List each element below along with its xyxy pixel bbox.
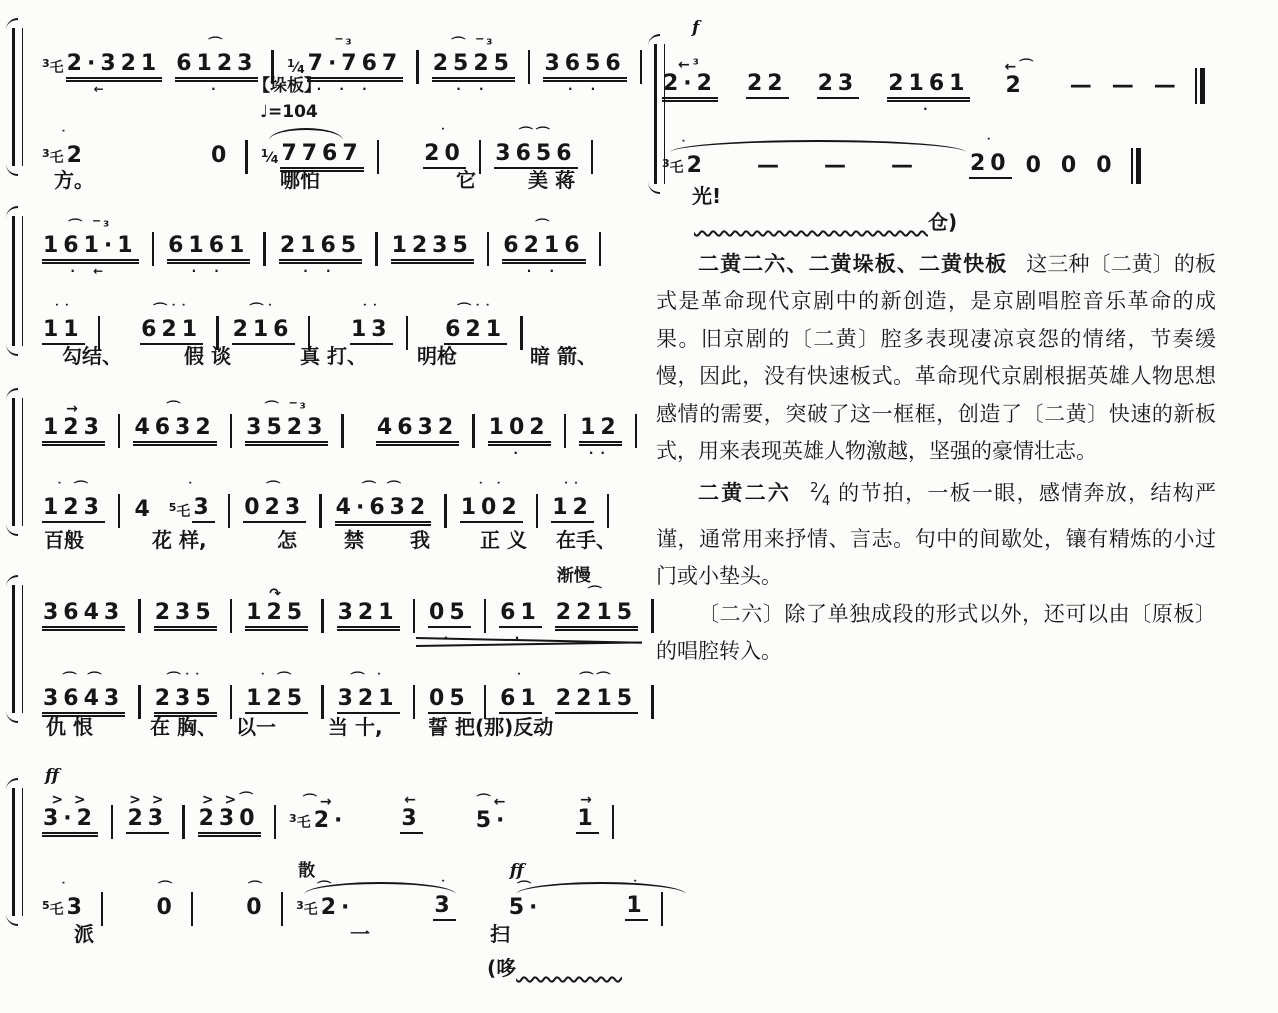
note-digits: 2· — [313, 810, 349, 834]
note-digits: 125 — [245, 688, 308, 714]
measure: 0 — [1060, 155, 1082, 179]
note-digits: 3656 — [494, 143, 577, 169]
ornament-marks: ⌒ — [502, 220, 585, 234]
tempo-dynamic-label: 渐慢 — [557, 568, 591, 585]
lyric-token: 暗 箭、 — [530, 346, 597, 366]
system-brace — [12, 585, 23, 713]
time-signature-fraction: 2⁄4 — [810, 481, 830, 505]
measure: > >3·2 — [42, 808, 98, 834]
note-digits: 2· — [320, 897, 356, 921]
spacer — [802, 98, 804, 99]
measure: 102 · — [488, 417, 551, 443]
grace-ornament: 3乇 — [296, 903, 318, 921]
ornament-marks: > >⌒ — [198, 793, 261, 807]
barline — [599, 232, 602, 266]
barline — [377, 140, 380, 174]
measure: ⌒ ˙321 — [337, 688, 400, 714]
voice-line: ⌒ ⌒3643⌒˙˙235˙ ⌒125⌒ ˙32105 ˙61 ⌒⌒2215 — [42, 685, 654, 714]
note-digits: 2 — [686, 155, 708, 179]
spacer — [731, 98, 733, 99]
ornament-marks: ˙ — [625, 880, 647, 894]
barline — [230, 599, 233, 633]
barline — [520, 316, 523, 350]
note-digits: 1 — [576, 808, 598, 834]
octave-dots: · · — [543, 83, 626, 95]
ornament-marks: ⌒ — [133, 402, 216, 416]
note-digits: 102 — [488, 417, 551, 443]
barline — [413, 685, 416, 719]
barline — [281, 892, 284, 926]
measure: ⌒˙ 216 — [232, 319, 295, 345]
measure: 05 · — [428, 602, 471, 628]
lyric-token: 在手、 — [556, 530, 616, 550]
note-digits: 23 — [817, 73, 860, 99]
spacer — [368, 920, 420, 921]
measure: 3643 — [42, 602, 125, 628]
barline — [118, 494, 121, 528]
octave-dots: · — [887, 103, 970, 115]
spacer — [1040, 98, 1056, 99]
wavy-prefix: (哆 — [487, 956, 516, 980]
lyric-token: 真 打、 — [300, 346, 367, 366]
spacer — [357, 442, 363, 443]
lyric-token: 扫 — [490, 924, 510, 944]
ornament-marks: ←³ — [662, 58, 718, 72]
note-digits: 3 — [400, 808, 422, 834]
scanned-score-page: { "page": {"background": "#fcfcfa", "ink… — [0, 0, 1278, 1013]
ornament-marks: ˙ — [42, 882, 88, 896]
measure: 散⌒3乇2· — [296, 897, 355, 921]
note-digits: 123 — [42, 497, 105, 523]
octave-dots: ·· — [579, 447, 622, 459]
barline — [564, 414, 567, 448]
spacer — [798, 178, 810, 179]
spacer — [392, 168, 410, 169]
grace-ornament: 3乇 — [289, 816, 311, 834]
system-brace — [12, 398, 23, 526]
ornament-marks: ˙ — [499, 673, 542, 687]
voice-line: ˙˙11⌒˙˙621⌒˙ 216˙˙13⌒˙˙621 — [42, 316, 523, 345]
barline — [375, 232, 378, 266]
measure: 321 — [337, 602, 400, 628]
system-brace — [12, 216, 23, 346]
barline — [321, 685, 324, 719]
ornament-marks: ⌒ — [245, 882, 267, 896]
measure: ˙5乇3 — [169, 497, 215, 523]
lyric-token: 方。 — [54, 170, 94, 190]
note-digits: 2161 — [887, 73, 970, 99]
meter-fraction: 1⁄4 — [287, 61, 305, 79]
measure: ‾³1⁄47·767· · · — [287, 53, 403, 79]
note-digits: — — [823, 155, 852, 179]
measure: 235 — [154, 602, 217, 628]
ornament-marks: ‾³ — [287, 38, 403, 52]
spacer — [932, 178, 956, 179]
note-digits: 2 — [1004, 75, 1026, 99]
barline — [228, 494, 231, 528]
note-digits: 11 — [42, 319, 85, 345]
measure: — — [823, 155, 852, 179]
ornament-marks: ˙ — [423, 128, 466, 142]
ornament-marks: ⌒ ⌒ — [42, 673, 125, 687]
note-digits: 3 — [192, 497, 214, 523]
barline — [191, 892, 194, 926]
barline — [182, 805, 185, 839]
barline — [319, 494, 322, 528]
barline — [487, 232, 490, 266]
measure: → 123 — [42, 417, 105, 443]
note-digits: 2·321 — [66, 53, 163, 79]
note-digits: 5· — [508, 897, 544, 921]
measure: ⌒6123· — [175, 53, 258, 79]
lyric-token: 以一 — [236, 717, 276, 737]
article-paragraph-2: 二黄二六2⁄4 的节拍，一板一眼，感情奔放，结构严谨，通常用来抒情、言志。句中的… — [656, 470, 1216, 595]
section-label: ♩=104 — [260, 104, 318, 121]
ornament-marks: ⌒ ‾³ — [432, 38, 515, 52]
barline — [406, 316, 409, 350]
ornament-marks: > > — [42, 793, 98, 807]
lyric-token: 一 — [350, 924, 370, 944]
measure: ⌒⌒3656 — [494, 143, 577, 169]
ornament-marks: ⌒ ‾³ — [42, 220, 139, 234]
measure: 4 — [133, 499, 155, 523]
measure: ⌒⌒2215 — [555, 688, 638, 714]
measure: ←⌒2 — [1004, 75, 1026, 99]
measure: 0 — [1095, 155, 1117, 179]
note-digits: 61 — [499, 688, 542, 714]
lyric-token: 怎 — [277, 530, 297, 550]
lyric-token: 仇 恨 — [46, 717, 93, 737]
measure: ⌒←5· — [475, 810, 511, 834]
measure: 6161· · — [167, 235, 250, 261]
lyric-token: 誓 把(那)反动 — [428, 717, 553, 737]
measure: — — [1111, 75, 1140, 99]
note-digits: 4 — [133, 499, 155, 523]
note-digits: 230 — [198, 808, 261, 834]
note-digits: 2215 — [555, 688, 638, 714]
measure: ˙˙13 — [350, 319, 393, 345]
barline — [651, 599, 654, 633]
paragraph-body: 〔二六〕除了单独成段的形式以外，还可以由〔原板〕的唱腔转入。 — [656, 602, 1216, 663]
measure: ˙ ˙102 — [460, 497, 523, 523]
note-digits: 12 — [579, 417, 622, 443]
note-digits: — — [1153, 75, 1182, 99]
spacer — [556, 920, 612, 921]
note-digits: 621 — [444, 319, 507, 345]
ornament-marks: ˙˙ — [350, 304, 393, 318]
measure: ˙1 — [625, 895, 647, 921]
note-digits: 2 — [66, 145, 88, 169]
note-digits: 102 — [460, 497, 523, 523]
final-barline — [1195, 68, 1205, 104]
lyric-token: 明枪 — [417, 346, 457, 366]
octave-dots: · — [175, 83, 258, 95]
percussion-wavy-line: (哆 — [487, 958, 622, 978]
lyric-token: 百般 — [44, 530, 84, 550]
measure: →1 — [576, 808, 598, 834]
measure: ←3 — [400, 808, 422, 834]
ornament-marks: ⌒ ˙ — [337, 673, 400, 687]
grace-ornament: 3乇 — [42, 61, 64, 79]
wavy-suffix: 仓) — [928, 210, 957, 234]
measure: ˙ ⌒125 — [245, 688, 308, 714]
measure: — — [756, 155, 785, 179]
ornament-marks: ⌒⌒ — [494, 128, 577, 142]
barline — [651, 685, 654, 719]
measure: ⌒˙˙235 — [154, 688, 217, 714]
note-digits: — — [756, 155, 785, 179]
note-digits: 7·767 — [307, 53, 404, 79]
measure: — — [890, 155, 919, 179]
barline — [138, 685, 141, 719]
lyric-token: 假 谈 — [184, 346, 231, 366]
article-paragraph-3: 〔二六〕除了单独成段的形式以外，还可以由〔原板〕的唱腔转入。 — [656, 596, 1216, 671]
ornament-marks: ⌒ — [175, 38, 258, 52]
ornament-marks: ⌒ — [155, 882, 177, 896]
note-digits: 235 — [154, 688, 217, 714]
voice-line: ˙3乇201⁄47767˙ 20⌒⌒3656 — [42, 140, 593, 169]
octave-dots: · — [488, 447, 551, 459]
lyric-token: 派 — [74, 924, 94, 944]
octave-dots: · ← — [42, 265, 139, 277]
octave-dots: · · · — [287, 83, 403, 95]
note-digits: 3656 — [543, 53, 626, 79]
note-digits: 7767 — [280, 143, 363, 169]
note-digits: 4·632 — [335, 497, 432, 523]
measure: ˙3乇2 — [42, 145, 88, 169]
measure: 12·· — [579, 417, 622, 443]
voice-line: ˙ ⌒123 4˙5乇3 ⌒ 023⌒ ⌒4·632˙ ˙102˙˙12 — [42, 494, 609, 523]
measure: ⌒ 023 — [243, 497, 306, 523]
note-digits: 125 — [245, 602, 308, 628]
grace-ornament: 3乇 — [662, 161, 684, 179]
barline — [152, 232, 155, 266]
ornament-marks: ← — [400, 793, 422, 807]
ornament-marks: ⌒ — [243, 482, 306, 496]
measure: 3乇2·321← — [42, 53, 162, 79]
ornament-marks: → — [576, 793, 598, 807]
barline — [591, 140, 594, 174]
measure: ←³2·2 — [662, 73, 718, 99]
note-digits: 05 — [428, 688, 471, 714]
measure: ˙61 — [499, 688, 542, 714]
measure: 3656 · · — [543, 53, 626, 79]
system-brace — [12, 788, 23, 916]
paragraph-body: 这三种〔二黄〕的板式是革命现代京剧中的新创造，是京剧唱腔音乐革命的成果。旧京剧的… — [656, 252, 1216, 463]
ornament-marks: ˙ — [969, 138, 1012, 152]
measure: ˙3乇2 — [662, 155, 708, 179]
note-digits: 23 — [126, 808, 169, 834]
measure: — — [1069, 75, 1098, 99]
ornament-marks: ↷ — [245, 587, 308, 601]
note-digits: 6161 — [167, 235, 250, 261]
barline — [640, 50, 643, 84]
ornament-marks: > > — [126, 793, 169, 807]
note-digits: 12 — [551, 497, 594, 523]
lyric-token: 花 样, — [152, 530, 207, 550]
voice-line: → 123 ⌒4632⌒ ‾³35234632102 ·12·· — [42, 414, 637, 443]
note-digits: 3643 — [42, 688, 125, 714]
ornament-marks: ˙ — [169, 482, 215, 496]
note-digits: 0 — [245, 897, 267, 921]
barline — [528, 50, 531, 84]
note-digits: 0 — [155, 897, 177, 921]
measure: ⌒ ⌒4·632 — [335, 497, 432, 523]
barline — [479, 140, 482, 174]
note-digits: 3523 — [245, 417, 328, 443]
grace-ornament: 5乇 — [42, 903, 64, 921]
note-digits: 3643 — [42, 602, 125, 628]
final-barline — [1131, 148, 1141, 184]
note-digits: 4632 — [133, 417, 216, 443]
hairpin-dynamic — [416, 635, 642, 649]
spacer — [116, 920, 142, 921]
measure: 05 — [428, 688, 471, 714]
note-digits: 20 — [969, 153, 1012, 179]
measure: 23 — [817, 73, 860, 99]
spacer — [872, 98, 874, 99]
note-digits: 3 — [66, 897, 88, 921]
note-digits: 216 — [232, 319, 295, 345]
section-label: f — [692, 20, 699, 37]
ornament-marks: ⌒˙˙ — [154, 673, 217, 687]
voice-line: ˙3乇2———˙ 20000 — [662, 148, 1141, 179]
measure: > >⌒230 — [198, 808, 261, 834]
measure: 61· — [499, 602, 542, 628]
lyric-token: 它 — [456, 170, 476, 190]
meter-fraction: 1⁄4 — [261, 151, 279, 169]
note-digits: 13 — [350, 319, 393, 345]
barline — [111, 805, 114, 839]
barline — [635, 414, 638, 448]
note-digits: 321 — [337, 602, 400, 628]
measure: ff⌒5· — [508, 897, 544, 921]
note-digits: 22 — [746, 73, 789, 99]
note-digits: 621 — [140, 319, 203, 345]
barline — [416, 50, 419, 84]
tempo-dynamic-label: ff — [510, 863, 524, 880]
ornament-marks: ⌒˙ — [232, 304, 295, 318]
measure: > >23 — [126, 808, 169, 834]
measure: 渐慢 ⌒2215 — [555, 602, 638, 628]
paragraph-heading: 二黄二六、二黄垛板、二黄快板 — [698, 252, 1007, 276]
measure: 2165 · · — [279, 235, 362, 261]
note-digits: 05 — [428, 602, 471, 628]
ornament-marks: ←⌒ — [1004, 60, 1026, 74]
lyric-token: 光! — [692, 186, 721, 206]
voice-line: 3乇2·321← ⌒6123· ‾³1⁄47·767· · ·⌒ ‾³2525 … — [42, 50, 642, 79]
note-digits: 1235 — [391, 235, 474, 261]
barline — [230, 685, 233, 719]
ornament-marks: → — [42, 402, 105, 416]
barline — [484, 685, 487, 719]
ornament-marks: ˙˙ — [42, 304, 85, 318]
slur-tie — [269, 128, 343, 141]
measure: ⌒6216· · — [502, 235, 585, 261]
ornament-marks: ˙˙ — [551, 482, 594, 496]
paragraph-heading: 二黄二六 — [698, 481, 791, 505]
ornament-marks: ⌒˙˙ — [140, 304, 203, 318]
barline — [536, 494, 539, 528]
note-digits: 0 — [1060, 155, 1082, 179]
measure: 2161 · — [887, 73, 970, 99]
ornament-marks: ⌒⌒ — [555, 673, 638, 687]
grace-ornament: 5乇 — [169, 505, 191, 523]
barline — [607, 494, 610, 528]
note-digits: 2215 — [555, 602, 638, 628]
measure: 22 — [746, 73, 789, 99]
lyric-token: 在 胸、 — [150, 717, 217, 737]
barline — [484, 599, 487, 633]
note-digits: 2·2 — [662, 73, 718, 99]
lyric-token: 我 — [410, 530, 430, 550]
spacer — [206, 920, 232, 921]
note-digits: 6216 — [502, 235, 585, 261]
barline — [413, 599, 416, 633]
barline — [472, 414, 475, 448]
ornament-marks: ˙ — [42, 130, 88, 144]
measure: ˙ ⌒123 — [42, 497, 105, 523]
note-digits: 0 — [1095, 155, 1117, 179]
measure: 4632 — [376, 417, 459, 443]
measure: ⌒ ‾³161·1· ← — [42, 235, 139, 261]
note-digits: 161·1 — [42, 235, 139, 261]
spacer — [361, 833, 387, 834]
note-digits: 321 — [337, 688, 400, 714]
lyric-token: 正 义 — [480, 530, 527, 550]
voice-line: ˙5乇3⌒0⌒0散⌒3乇2·˙3ff⌒5·˙1 — [42, 892, 663, 921]
octave-dots: · · — [502, 265, 585, 277]
barline — [612, 805, 615, 839]
measure: ⌒0 — [245, 897, 267, 921]
voice-line: ←³2·222232161 · ←⌒2——— — [662, 68, 1205, 99]
note-digits: — — [1111, 75, 1140, 99]
spacer — [983, 98, 991, 99]
barline — [230, 414, 233, 448]
article-text: 二黄二六、二黄垛板、二黄快板这三种〔二黄〕的板式是革命现代京剧中的新创造，是京剧… — [656, 246, 1216, 671]
note-digits: 61 — [499, 602, 542, 628]
grace-ornament: 3乇 — [42, 151, 64, 169]
note-digits: 3 — [433, 895, 455, 921]
lyric-token: 禁 — [344, 530, 364, 550]
barline — [321, 599, 324, 633]
spacer — [101, 168, 197, 169]
lyric-token: 美 蒋 — [528, 170, 575, 190]
barline — [274, 805, 277, 839]
measure: ⌒ ⌒3643 — [42, 688, 125, 714]
ornament-marks: ˙ ⌒ — [42, 482, 105, 496]
barline — [263, 232, 266, 266]
measure: 0 — [1025, 155, 1047, 179]
barline — [444, 494, 447, 528]
note-digits: 235 — [154, 602, 217, 628]
note-digits: 123 — [42, 417, 105, 443]
note-digits: 023 — [243, 497, 306, 523]
ornament-marks: ˙ — [433, 880, 455, 894]
measure: ⌒0 — [155, 897, 177, 921]
octave-dots: · · — [432, 83, 515, 95]
spacer — [436, 833, 462, 834]
note-digits: 0 — [210, 145, 232, 169]
measure: ⌒ ‾³2525 · · — [432, 53, 515, 79]
note-digits: 20 — [423, 143, 466, 169]
ornament-marks: ⌒ ⌒ — [335, 482, 432, 496]
note-digits: 4632 — [376, 417, 459, 443]
barline — [118, 414, 121, 448]
measure: 1235 — [391, 235, 474, 261]
barline — [245, 140, 248, 174]
percussion-wavy-line: 仓) — [694, 212, 957, 232]
